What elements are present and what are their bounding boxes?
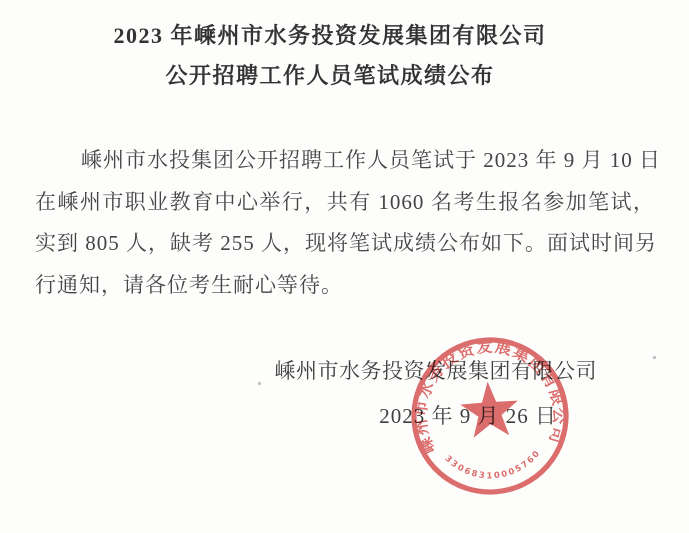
body-line: 行通知，请各位考生耐心等待。	[35, 265, 655, 307]
document-body: 嵊州市水投集团公开招聘工作人员笔试于 2023 年 9 月 10 日 在嵊州市职…	[35, 140, 655, 306]
document-title-line2: 公开招聘工作人员笔试成绩公布	[0, 56, 660, 96]
scan-speck	[258, 382, 261, 385]
seal-code-text-path-holder: 33068310005760	[443, 447, 544, 484]
document-title-line1: 2023 年嵊州市水务投资发展集团有限公司	[0, 16, 660, 56]
seal-ring-text: 嵊州市水务投资发展集团有限公司	[405, 332, 571, 458]
signature-company: 嵊州市水务投资发展集团有限公司	[275, 355, 598, 385]
body-line: 在嵊州市职业教育中心举行，共有 1060 名考生报名参加笔试，	[35, 182, 655, 224]
seal-code: 33068310005760	[443, 447, 544, 484]
document-page: 2023 年嵊州市水务投资发展集团有限公司 公开招聘工作人员笔试成绩公布 嵊州市…	[0, 0, 689, 533]
scan-speck	[653, 356, 656, 359]
document-title: 2023 年嵊州市水务投资发展集团有限公司 公开招聘工作人员笔试成绩公布	[0, 16, 660, 96]
body-line: 实到 805 人，缺考 255 人，现将笔试成绩公布如下。面试时间另	[35, 223, 655, 265]
body-line: 嵊州市水投集团公开招聘工作人员笔试于 2023 年 9 月 10 日	[35, 140, 655, 182]
seal-ring-text-path-holder: 嵊州市水务投资发展集团有限公司	[405, 332, 571, 458]
signature-date: 2023 年 9 月 26 日	[379, 400, 557, 430]
